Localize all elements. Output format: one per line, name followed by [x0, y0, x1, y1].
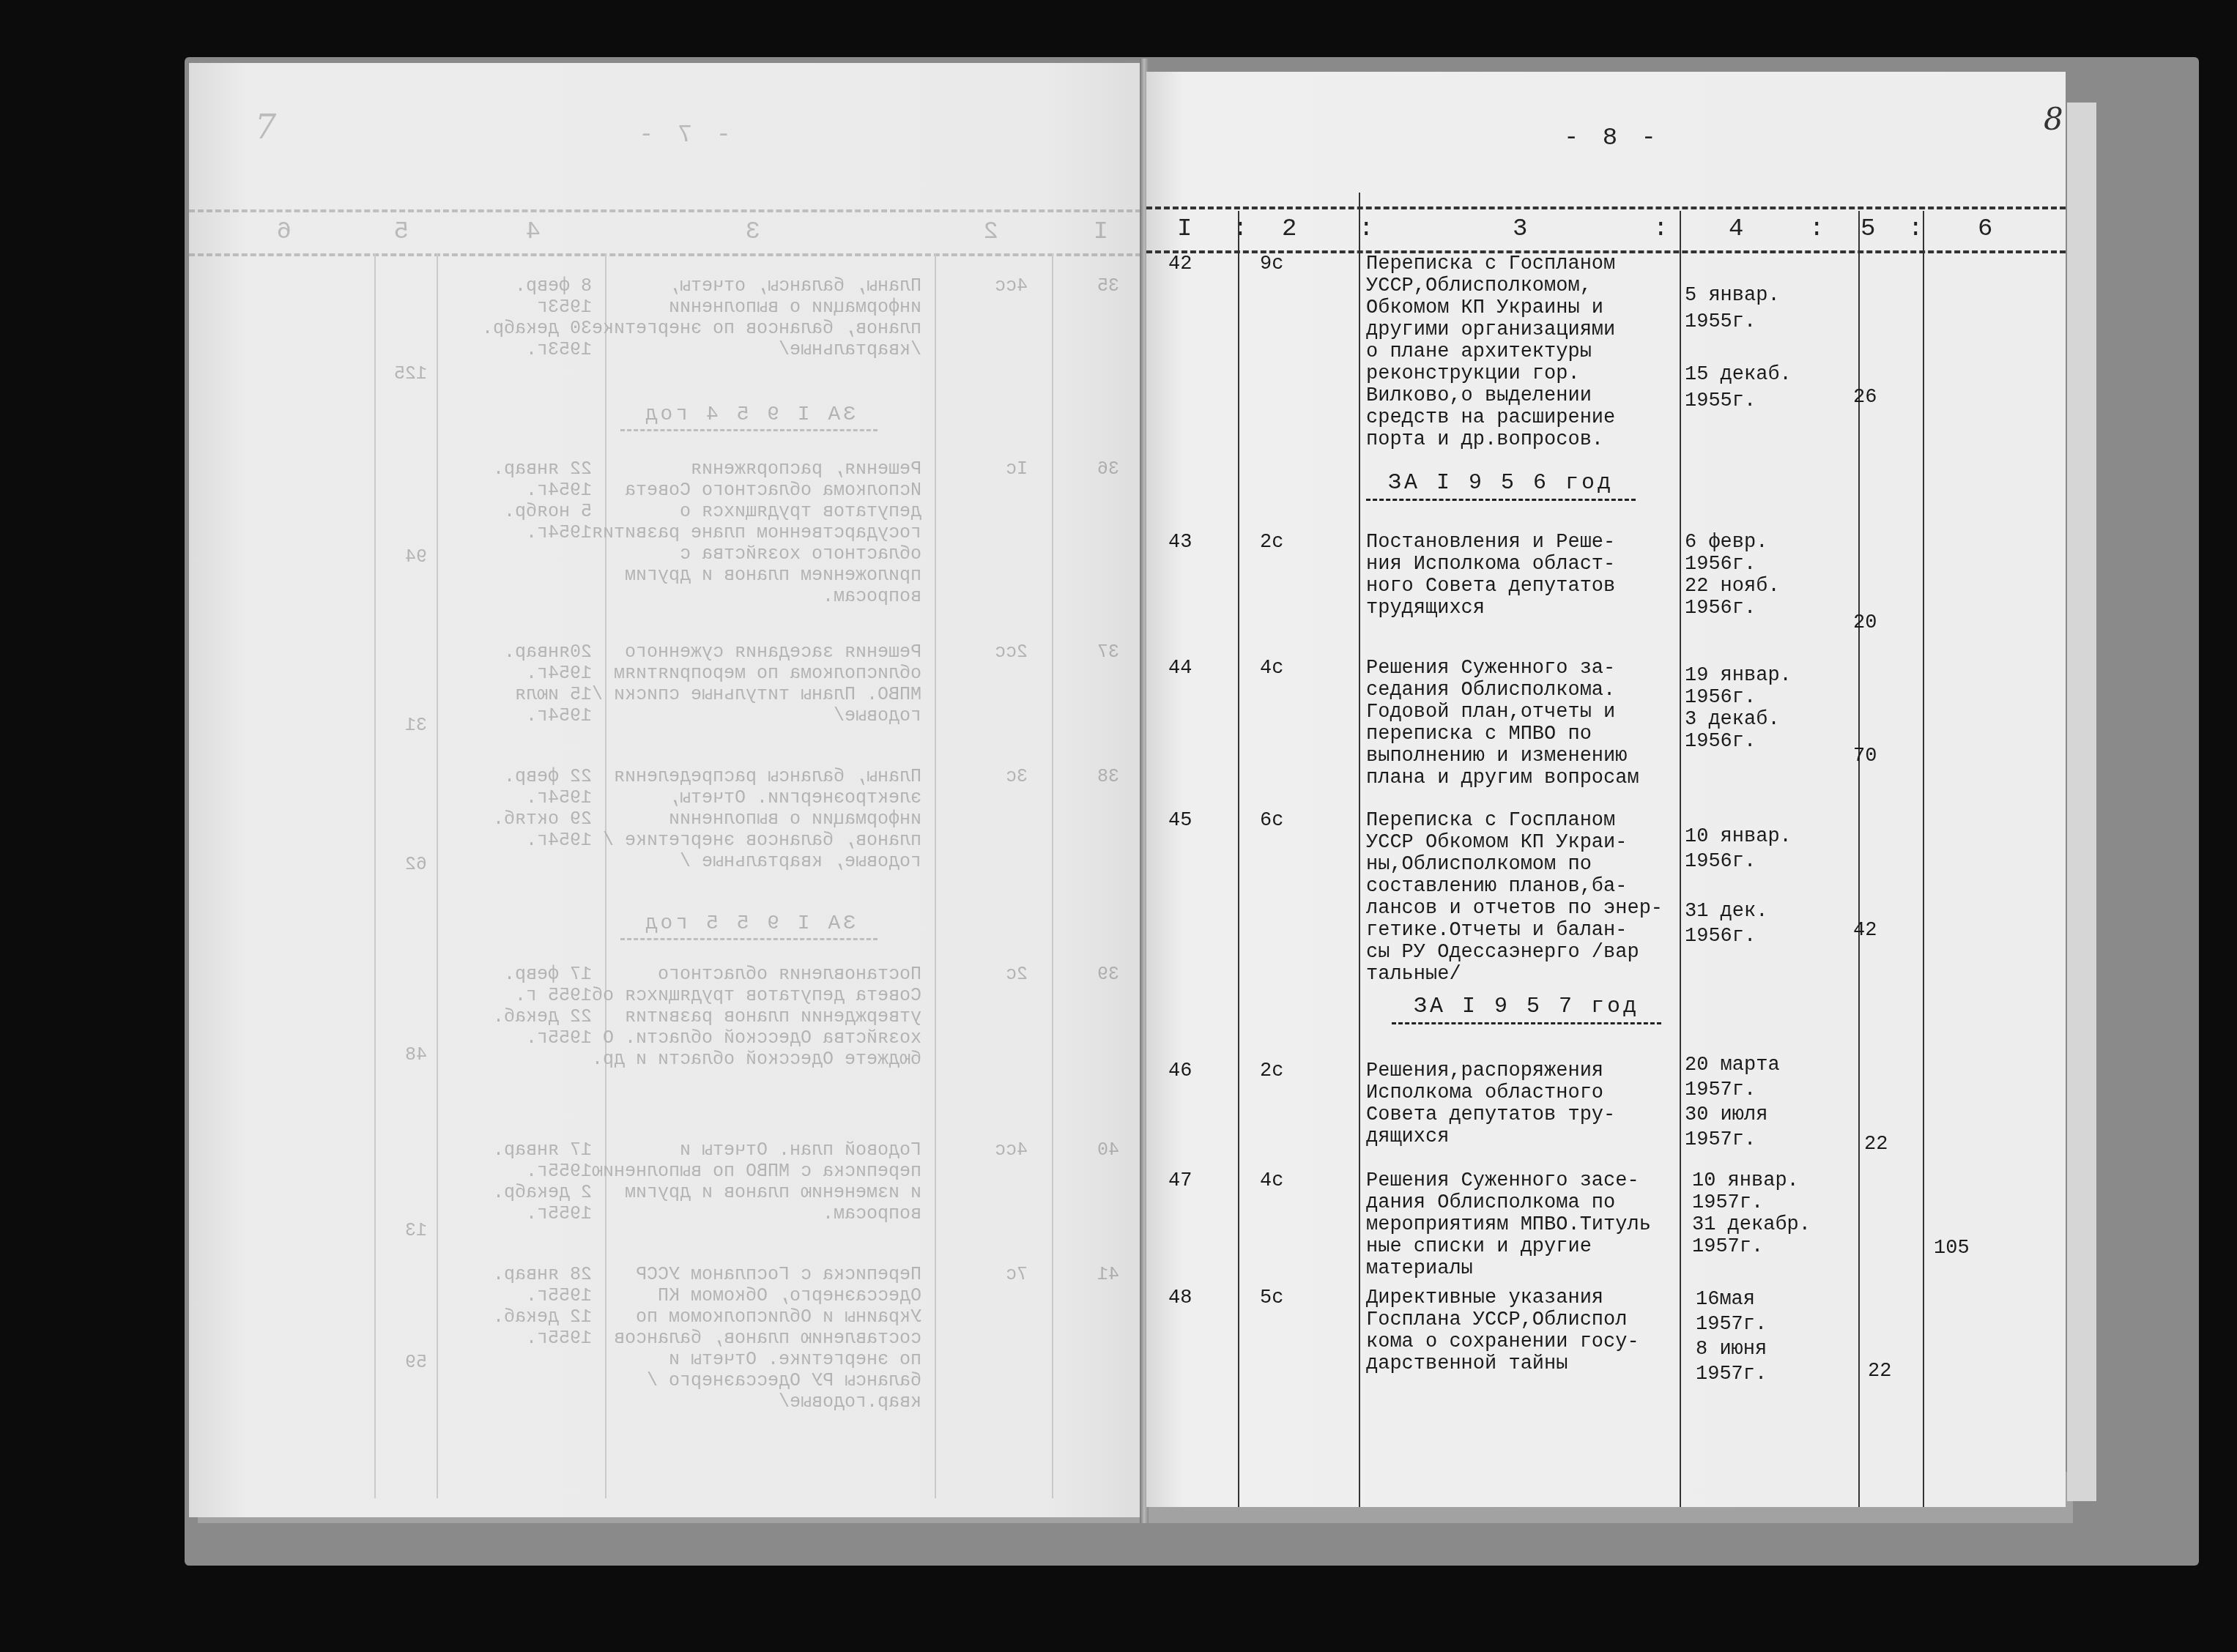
file-index: 9с: [1260, 253, 1333, 275]
header-sep: :: [1233, 215, 1247, 243]
left-col-divider: [935, 253, 936, 1498]
file-title: Решения,распоряжения Исполкома областног…: [1366, 1060, 1710, 1148]
file-dates: 16мая 1957г. 8 июня 1957г.: [1696, 1287, 1864, 1387]
row-number: 47: [1168, 1170, 1227, 1192]
right-page-number: - 8 -: [1564, 124, 1661, 152]
row-number: 46: [1168, 1060, 1227, 1082]
header-col6: 6: [1978, 215, 1992, 243]
right-page: - 8 - 8 I : 2 : 3 : 4 : 5 : 6 42 9с Пере…: [1146, 72, 2066, 1507]
left-col-divider: [437, 253, 438, 1498]
right-table-header: I : 2 : 3 : 4 : 5 : 6: [1146, 206, 2066, 253]
row-number: 45: [1168, 810, 1227, 832]
file-title: Переписка с Госпланом УССР,Облисполкомом…: [1366, 253, 1710, 451]
header-col2: 2: [1282, 215, 1296, 243]
left-header-col6: 6: [277, 218, 292, 246]
col-divider-5: [1923, 211, 1924, 1507]
left-table-header: I 2 3 4 5 6: [189, 209, 1141, 256]
file-dates: 20 марта 1957г. 30 июля 1957г.: [1685, 1053, 1853, 1153]
header-sep: :: [1809, 215, 1824, 243]
page-stack-edge: [2067, 103, 2096, 1501]
header-col3: 3: [1513, 215, 1527, 243]
file-dates: 10 январ. 1957г. 31 декабр. 1957г.: [1692, 1170, 1861, 1258]
file-index: 2с: [1260, 1060, 1333, 1082]
file-title: Директивные указания Госплана УССР,Облис…: [1366, 1287, 1710, 1375]
left-page-mirrored-content: - 7 - I 2 3 4 5 6 354сс Планы, балансы, …: [189, 63, 1141, 1517]
left-col-divider: [374, 253, 376, 1498]
sheet-count: 70: [1853, 745, 1919, 767]
file-index: 4с: [1260, 658, 1333, 680]
header-col5: 5: [1861, 215, 1875, 243]
header-col4: 4: [1729, 215, 1743, 243]
header-col1: I: [1177, 215, 1192, 243]
file-index: 5с: [1260, 1287, 1333, 1309]
file-dates: 6 февр. 1956г. 22 нояб. 1956г.: [1685, 532, 1853, 619]
file-title: Решения Суженного засе- дания Облисполко…: [1366, 1170, 1710, 1280]
file-index: 6с: [1260, 810, 1333, 832]
sheet-count: 22: [1864, 1134, 1930, 1156]
row-number: 42: [1168, 253, 1227, 275]
header-sep: :: [1653, 215, 1668, 243]
left-year-heading-1955: ЗА I 9 5 5 год: [620, 912, 878, 940]
left-header-col4: 4: [526, 218, 541, 246]
left-header-col1: I: [1094, 218, 1108, 246]
sheet-count: 26: [1853, 387, 1919, 409]
file-dates: 5 январ. 1955г. 15 декаб. 1955г.: [1685, 283, 1853, 414]
file-title: Переписка с Госпланом УССР Обкомом КП Ук…: [1366, 810, 1710, 986]
header-sep: :: [1359, 215, 1373, 243]
row-number: 43: [1168, 532, 1227, 554]
col-divider-1: [1238, 211, 1239, 1507]
sheet-count: 42: [1853, 920, 1919, 942]
left-page: 7 - 7 - I 2 3 4 5 6 354сс Планы, балансы…: [189, 63, 1141, 1517]
file-dates: 10 январ. 1956г. 31 дек. 1956г.: [1685, 825, 1853, 949]
sheet-count: 105: [1934, 1238, 2000, 1260]
row-number: 48: [1168, 1287, 1227, 1309]
sheet-count: 20: [1853, 612, 1919, 634]
right-handwritten-folio: 8: [2044, 101, 2063, 137]
file-index: 4с: [1260, 1170, 1333, 1192]
year-heading-1956: ЗА I 9 5 6 год: [1366, 471, 1636, 501]
year-heading-1957: ЗА I 9 5 7 год: [1392, 994, 1661, 1024]
file-title: Постановления и Реше- ния Исполкома обла…: [1366, 532, 1710, 619]
sheet-count: 22: [1868, 1361, 1934, 1383]
left-header-col5: 5: [394, 218, 409, 246]
left-year-heading-1954: ЗА I 9 5 4 год: [620, 403, 878, 431]
left-col-divider: [1052, 253, 1053, 1498]
row-number: 44: [1168, 658, 1227, 680]
header-sep: :: [1908, 215, 1923, 243]
file-title: Решения Суженного за- седания Облисполко…: [1366, 658, 1710, 789]
left-header-col3: 3: [746, 218, 760, 246]
left-header-col2: 2: [984, 218, 998, 246]
file-dates: 19 январ. 1956г. 3 декаб. 1956г.: [1685, 665, 1853, 753]
left-page-number: - 7 -: [634, 122, 731, 149]
file-index: 2с: [1260, 532, 1333, 554]
col-divider-2: [1359, 193, 1360, 1507]
